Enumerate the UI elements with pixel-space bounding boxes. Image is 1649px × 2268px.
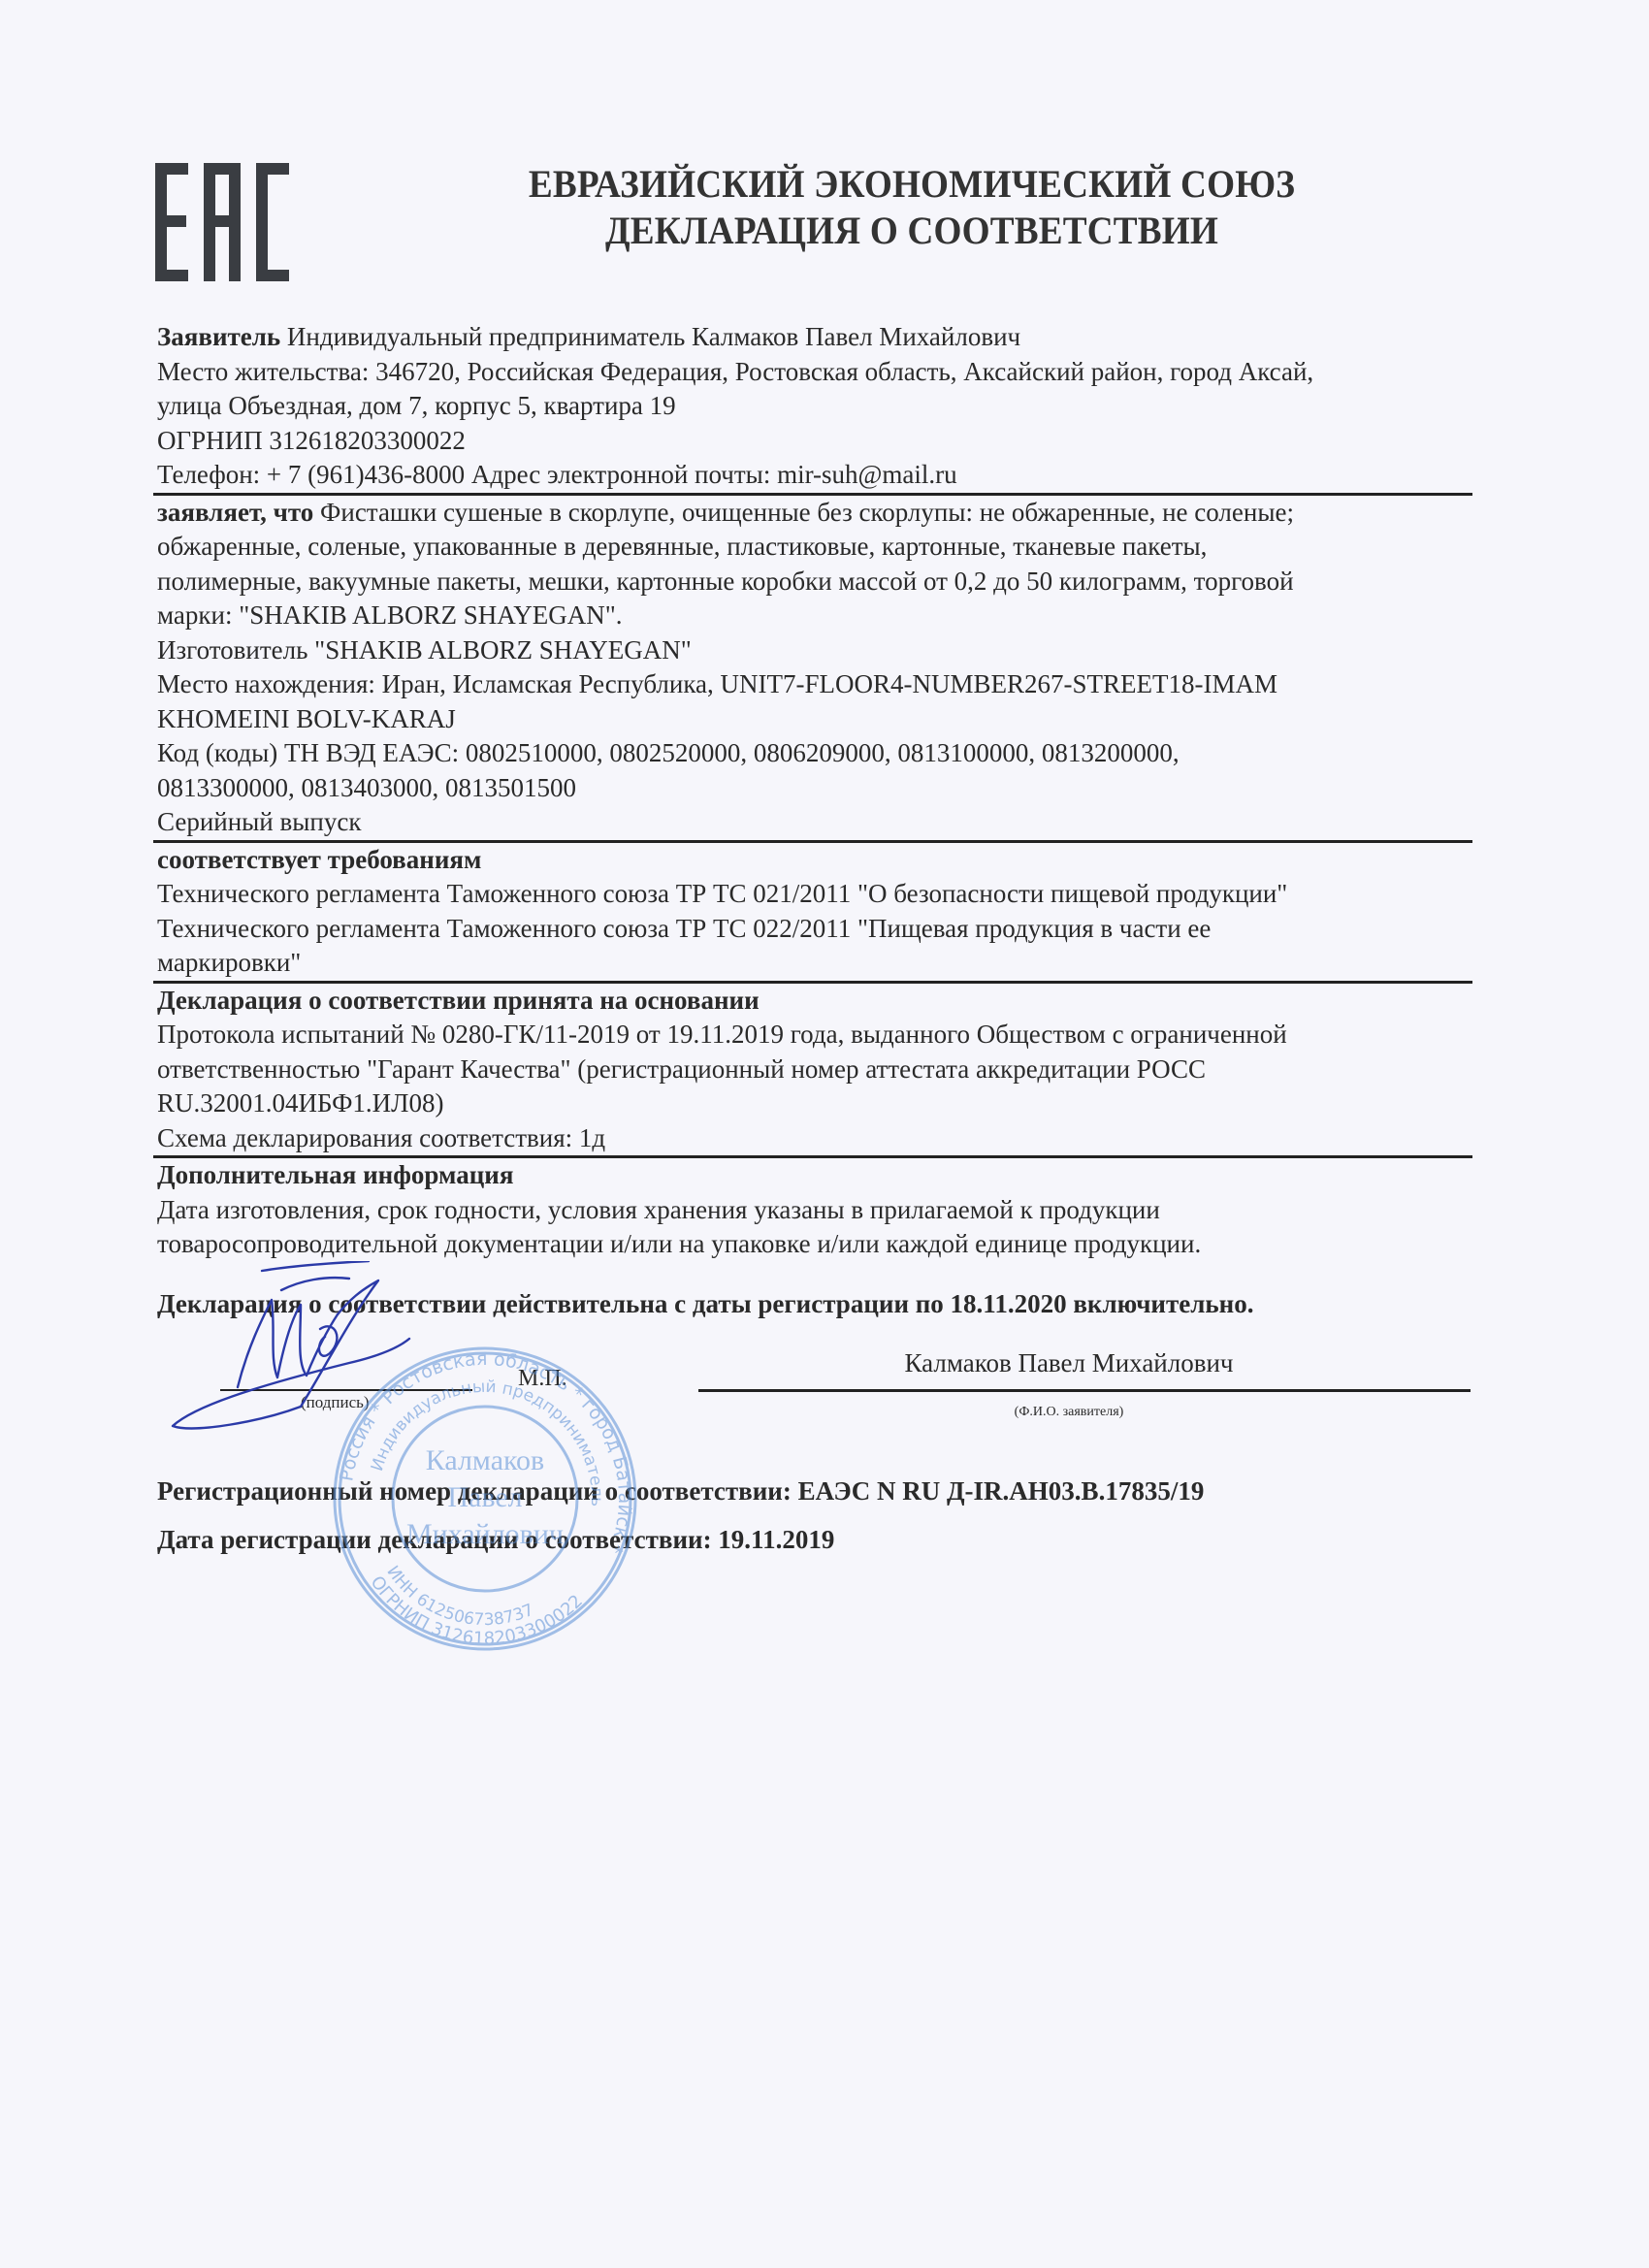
svg-text:ИНН 612506738737: ИНН 612506738737 [382, 1563, 536, 1630]
svg-text:ОГРНИП 312618203300022: ОГРНИП 312618203300022 [367, 1572, 587, 1649]
additional-info-1: Дата изготовления, срок годности, услови… [157, 1193, 1469, 1228]
applicant-address-1: Место жительства: 346720, Российская Фед… [157, 355, 1469, 390]
signature-line [220, 1389, 472, 1391]
basis-label: Декларация о соответствии принята на осн… [157, 984, 1469, 1019]
applicant-name: Индивидуальный предприниматель Калмаков … [287, 322, 1020, 351]
applicant-section: Заявитель Индивидуальный предприниматель… [157, 320, 1469, 493]
product-description-3: полимерные, вакуумные пакеты, мешки, кар… [157, 565, 1469, 599]
title-declaration: ДЕКЛАРАЦИЯ О СООТВЕТСТВИИ [461, 208, 1363, 254]
registration-date: Дата регистрации декларации о соответств… [157, 1515, 1469, 1564]
requirement-2: Технического регламента Таможенного союз… [157, 912, 1469, 947]
product-description-1: Фисташки сушеные в скорлупе, очищенные б… [320, 498, 1294, 527]
signature-area: (подпись) М.П. Калмаков Павел Михайлович… [157, 1321, 1469, 1467]
registration-section: Регистрационный номер декларации о соотв… [157, 1467, 1469, 1564]
eac-logo [153, 161, 291, 283]
requirements-label: соответствует требованиям [157, 843, 1469, 878]
applicant-ogrnip: ОГРНИП 312618203300022 [157, 424, 1469, 459]
signature-caption: (подпись) [301, 1393, 370, 1412]
applicant-label: Заявитель [157, 322, 280, 351]
basis-section: Декларация о соответствии принята на осн… [157, 984, 1469, 1156]
release-type: Серийный выпуск [157, 805, 1469, 840]
product-section: заявляет, что Фисташки сушеные в скорлуп… [157, 496, 1469, 840]
manufacturer-location-1: Место нахождения: Иран, Исламская Респуб… [157, 667, 1469, 702]
manufacturer-location-2: KHOMEINI BOLV-KARAJ [157, 702, 1469, 737]
name-caption: (Ф.И.О. заявителя) [698, 1395, 1439, 1430]
basis-protocol-1: Протокола испытаний № 0280-ГК/11-2019 от… [157, 1018, 1469, 1053]
product-description-4: марки: "SHAKIB ALBORZ SHAYEGAN". [157, 599, 1469, 633]
product-description-2: обжаренные, соленые, упакованные в дерев… [157, 530, 1469, 565]
manufacturer: Изготовитель "SHAKIB ALBORZ SHAYEGAN" [157, 633, 1469, 668]
applicant-full-name: Калмаков Павел Михайлович [698, 1346, 1439, 1381]
document-title: ЕВРАЗИЙСКИЙ ЭКОНОМИЧЕСКИЙ СОЮЗ ДЕКЛАРАЦИ… [461, 161, 1363, 254]
basis-protocol-2: ответственностью "Гарант Качества" (реги… [157, 1053, 1469, 1087]
seal-placeholder: М.П. [518, 1362, 567, 1397]
title-union: ЕВРАЗИЙСКИЙ ЭКОНОМИЧЕСКИЙ СОЮЗ [461, 161, 1363, 208]
registration-number: Регистрационный номер декларации о соотв… [157, 1467, 1469, 1515]
requirements-section: соответствует требованиям Технического р… [157, 843, 1469, 981]
eac-mark-icon [153, 161, 291, 283]
hs-codes-1: Код (коды) ТН ВЭД ЕАЭС: 0802510000, 0802… [157, 736, 1469, 771]
validity-statement: Декларация о соответствии действительна … [157, 1287, 1469, 1322]
additional-section: Дополнительная информация Дата изготовле… [157, 1158, 1469, 1262]
declares-label: заявляет, что [157, 498, 313, 527]
declaration-scheme: Схема декларирования соответствия: 1д [157, 1121, 1469, 1156]
name-line [698, 1389, 1471, 1392]
hs-codes-2: 0813300000, 0813403000, 0813501500 [157, 771, 1469, 806]
basis-protocol-3: RU.32001.04ИБФ1.ИЛ08) [157, 1086, 1469, 1121]
declaration-body: Заявитель Индивидуальный предприниматель… [157, 320, 1469, 1564]
applicant-address-2: улица Объездная, дом 7, корпус 5, кварти… [157, 389, 1469, 424]
additional-info-2: товаросопроводительной документации и/ил… [157, 1227, 1469, 1262]
stamp-inn: ИНН 612506738737 [382, 1563, 536, 1630]
requirement-1: Технического регламента Таможенного союз… [157, 877, 1469, 912]
requirement-2-cont: маркировки" [157, 946, 1469, 981]
stamp-ogrnip: ОГРНИП 312618203300022 [367, 1572, 587, 1649]
applicant-contacts: Телефон: + 7 (961)436-8000 Адрес электро… [157, 458, 1469, 493]
additional-label: Дополнительная информация [157, 1158, 1469, 1193]
